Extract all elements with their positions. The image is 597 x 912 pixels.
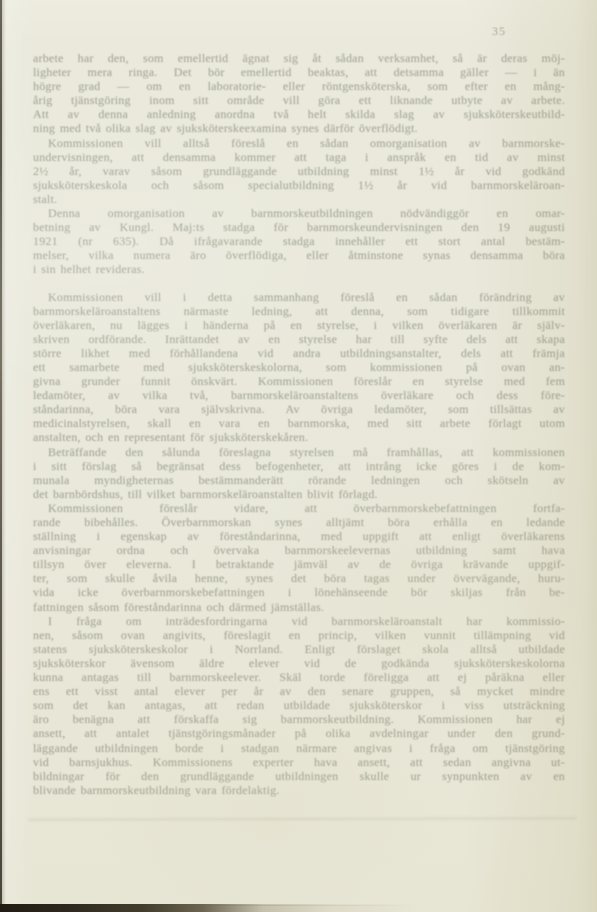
text-line: fattningen såsom föreståndarinna och där…: [33, 600, 565, 614]
text-line: Kommissionen vill alltså föreslå en såda…: [33, 136, 565, 150]
text-line: kunna antagas till barnmorskeelever. Skä…: [33, 670, 565, 684]
text-line: 2½ år, varav såsom grundläggande utbildn…: [33, 164, 565, 178]
text-line: Kommissionen föreslår vidare, att överba…: [33, 501, 565, 515]
text-line: givna grunder funnit önskvärt. Kommissio…: [33, 374, 565, 388]
paragraph: I fråga om inträdesfordringarna vid barn…: [33, 614, 565, 797]
text-line: ligheter mera ringa. Det bör emellertid …: [33, 65, 565, 79]
paragraph: Beträffande den sålunda föreslagna styre…: [33, 445, 565, 501]
text-line: i sin helhet revideras.: [33, 262, 565, 276]
text-line: tillsyn över eleverna. I betraktande jäm…: [33, 557, 565, 571]
text-line: undervisningen, att densamma kommer att …: [33, 150, 565, 164]
text-line: sjuksköterskor ävensom äldre elever vid …: [33, 656, 565, 670]
text-line: bildningar för den grundläggande utbildn…: [33, 769, 565, 783]
text-line: ståndarinna, böra vara självskrivna. Av …: [33, 402, 565, 416]
paragraph: Kommissionen föreslår vidare, att överba…: [33, 501, 565, 614]
text-line: anvisningar ordna och övervaka barnmorsk…: [33, 543, 565, 557]
text-line: vida icke överbarnmorskebefattningen i l…: [33, 585, 565, 599]
text-line: i sitt förslag så begränsat dess befogen…: [33, 459, 565, 473]
text-line: 1921 (nr 635). Då ifrågavarande stadga i…: [33, 234, 565, 248]
text-line: ställning i egenskap av föreståndarinna,…: [33, 529, 565, 543]
text-line: som det kan antagas, att redan utbildade…: [33, 698, 565, 712]
text-line: betning av Kungl. Maj:ts stadga för barn…: [33, 220, 565, 234]
text-line: barnmorskeläroanstaltens närmaste lednin…: [33, 304, 565, 318]
paragraph: arbete har den, som emellertid ägnat sig…: [33, 51, 565, 136]
text-line: melser, vilka numera äro överflödiga, el…: [33, 248, 565, 262]
text-line: statens sjuksköterskeskolor i Norrland. …: [33, 642, 565, 656]
text-line: större likhet med förhållandena vid andr…: [33, 346, 565, 360]
text-line: ledamöter, av vilka två, barnmorskeläroa…: [33, 388, 565, 402]
text-line: ett samarbete med sjuksköterskeskolorna,…: [33, 360, 565, 374]
text-line: överläkaren, nu lägges i händerna på en …: [33, 318, 565, 332]
text-line: ansett, att antalet tjänstgöringsmånader…: [33, 726, 565, 740]
text-line: ter, som skulle åvila henne, synes det b…: [33, 571, 565, 585]
text-line: äro benägna att förskaffa sig barnmorske…: [33, 712, 565, 726]
text-line: stalt.: [33, 192, 565, 206]
text-line: munala myndigheternas bestämmanderätt rö…: [33, 473, 565, 487]
text-line: skriven ordförande. Inrättandet av en st…: [33, 332, 565, 346]
paragraph: Kommissionen vill i detta sammanhang för…: [33, 290, 565, 445]
text-block: arbete har den, som emellertid ägnat sig…: [33, 51, 565, 797]
document-page: 35 arbete har den, som emellertid ägnat …: [0, 0, 597, 912]
text-line: sjuksköterskeskola och såsom specialutbi…: [33, 178, 565, 192]
text-line: rande bibehålles. Överbarnmorskan synes …: [33, 515, 565, 529]
page-number: 35: [492, 24, 522, 39]
text-line: ens ett visst antal elever per år av den…: [33, 684, 565, 698]
paragraph: Denna omorganisation av barnmorskeutbild…: [33, 206, 565, 276]
scan-edge-left-shadow: [2, 0, 6, 912]
text-line: årig tjänstgöring inom sitt område vill …: [33, 93, 565, 107]
text-line: arbete har den, som emellertid ägnat sig…: [33, 51, 565, 65]
text-line: ning med två olika slag av sjuksköterske…: [33, 121, 565, 135]
text-line: medicinalstyrelsen, skall en vara en bar…: [33, 416, 565, 430]
text-line: Kommissionen vill i detta sammanhang för…: [33, 290, 565, 304]
text-line: Denna omorganisation av barnmorskeutbild…: [33, 206, 565, 220]
text-line: Beträffande den sålunda föreslagna styre…: [33, 445, 565, 459]
text-line: det barnbördshus, till vilket barnmorske…: [33, 487, 565, 501]
text-line: anstalten, och en representant för sjuks…: [33, 430, 565, 444]
text-line: högre grad — om en laboratorie- eller rö…: [33, 79, 565, 93]
text-line: I fråga om inträdesfordringarna vid barn…: [33, 614, 565, 628]
scan-edge-bottom: [0, 904, 597, 912]
text-line: blivande barnmorskeutbildning vara förde…: [33, 783, 565, 797]
text-line: nen, såsom ovan angivits, föreslagit en …: [33, 628, 565, 642]
text-line: läggande utbildningen borde i stadgan nä…: [33, 741, 565, 755]
text-line: vid barnsjukhus. Kommissionens experter …: [33, 755, 565, 769]
text-line: Att av denna anledning anordna två helt …: [33, 107, 565, 121]
scan-streak-artifact: [28, 817, 576, 820]
paragraph: Kommissionen vill alltså föreslå en såda…: [33, 136, 565, 206]
